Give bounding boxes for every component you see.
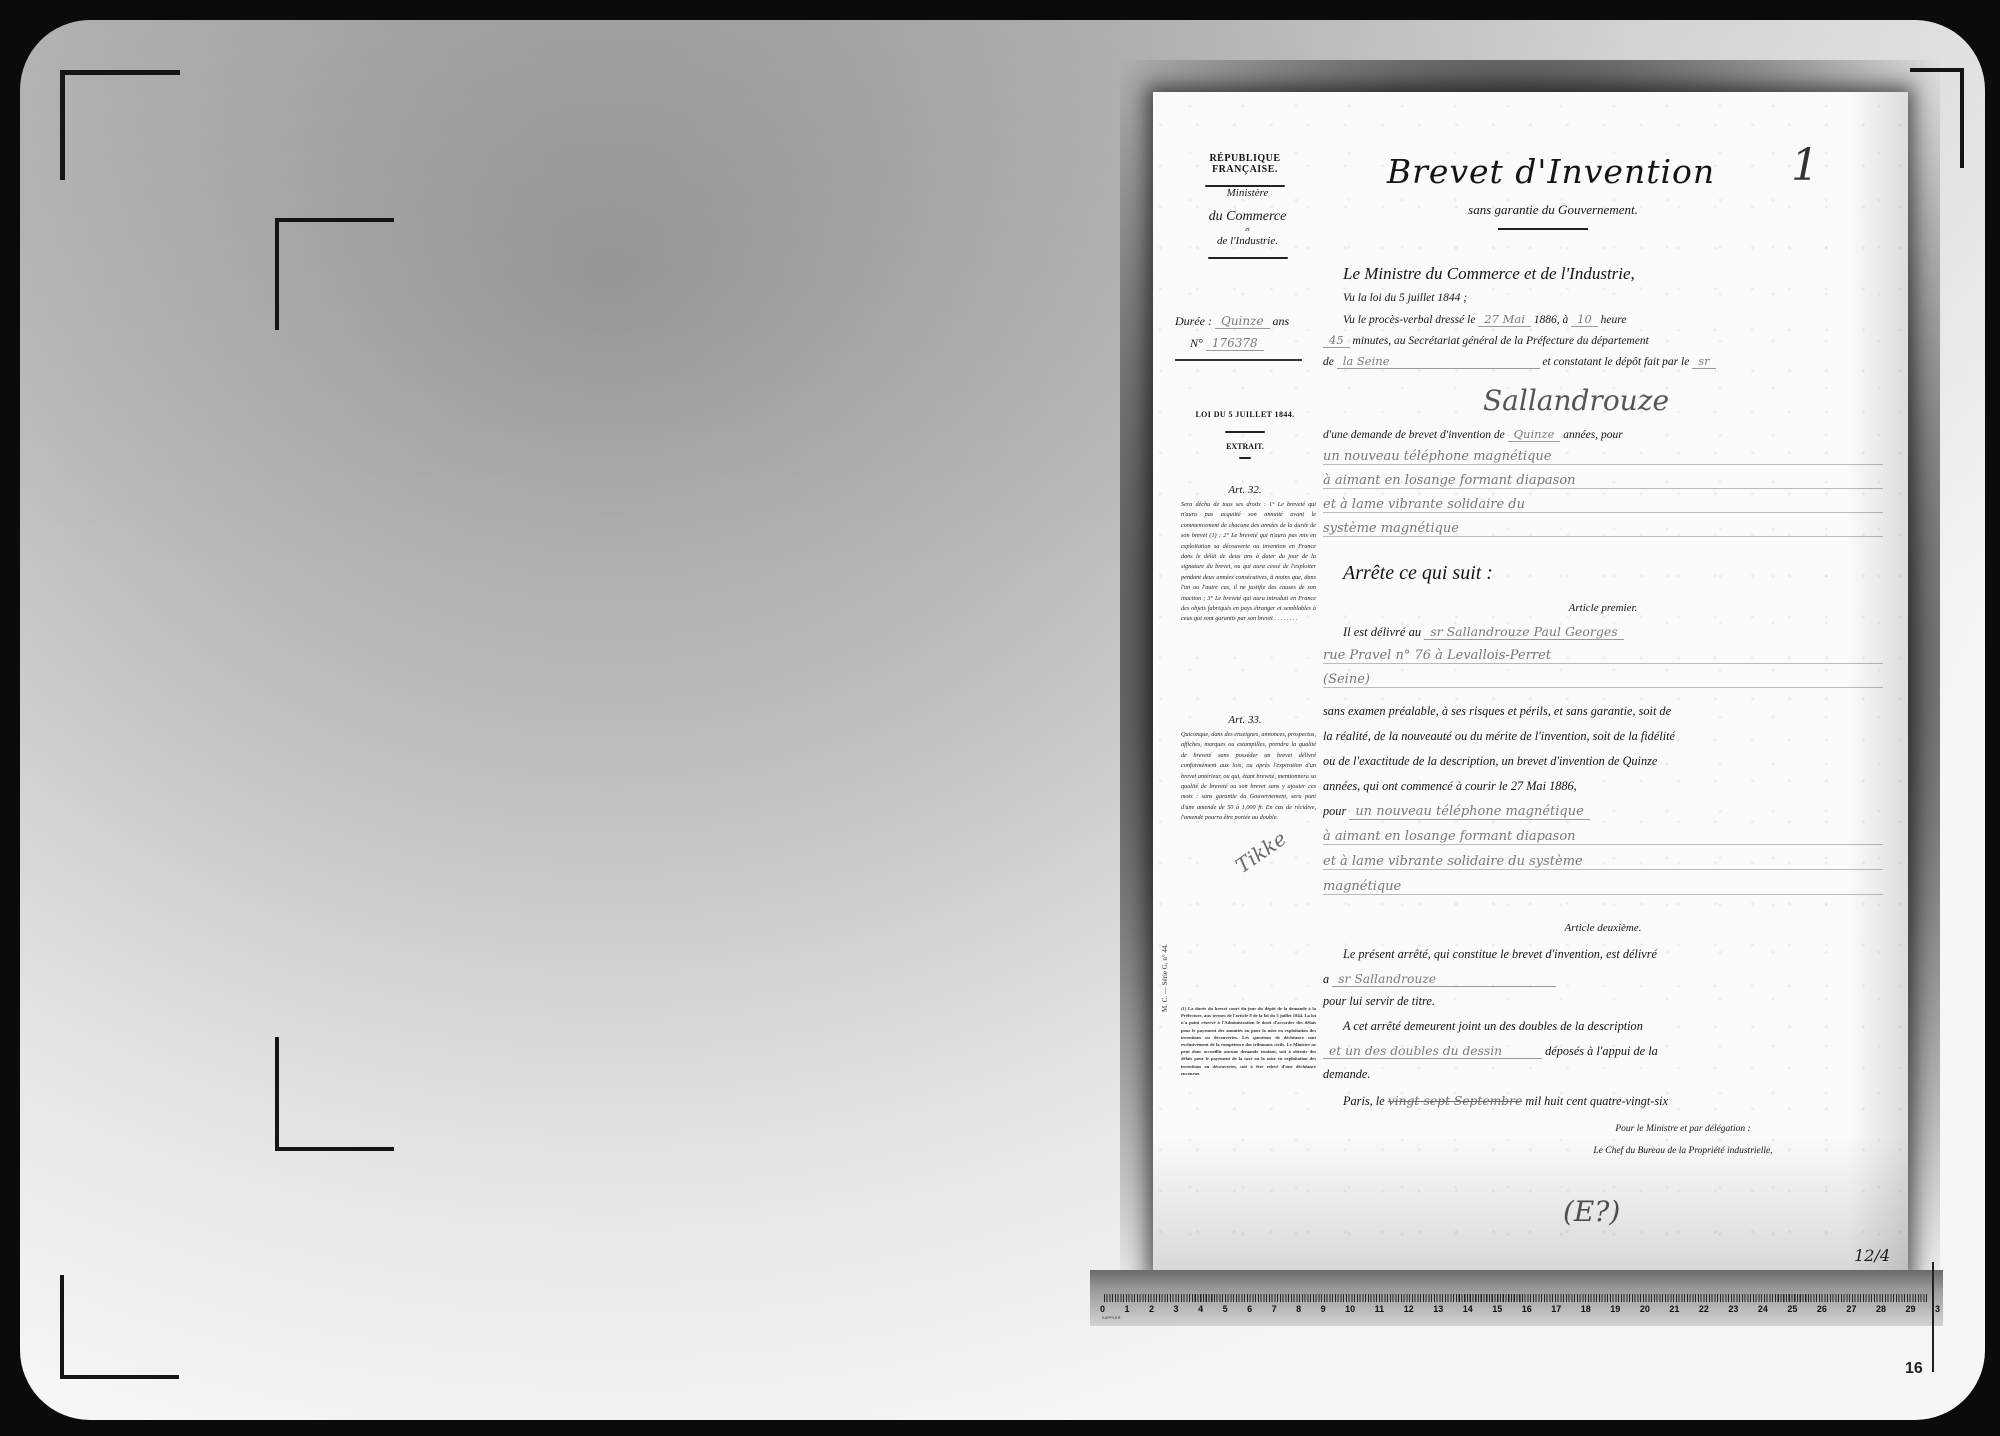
art33-text: Quiconque, dans des enseignes, annonces,… xyxy=(1181,730,1316,820)
folio-number: 1 xyxy=(1791,140,1819,191)
article-1-body: la réalité, de la nouveauté ou du mérite… xyxy=(1323,729,1883,744)
crop-mark-bottom-left-inner xyxy=(275,1037,394,1151)
arrete-heading: Arrête ce qui suit : xyxy=(1343,562,1493,585)
crop-mark-bottom-left-outer xyxy=(60,1275,179,1379)
ruler-number: 24 xyxy=(1758,1304,1768,1314)
ruler-number: 21 xyxy=(1669,1304,1679,1314)
art32-title: Art. 32. xyxy=(1180,484,1310,496)
duration-field: Durée : Quinze ans xyxy=(1175,314,1320,329)
ruler-number: 28 xyxy=(1876,1304,1886,1314)
document-subtitle: sans garantie du Gouvernement. xyxy=(1368,202,1738,218)
divider xyxy=(1175,359,1302,361)
law-title: LOI DU 5 JUILLET 1844. xyxy=(1180,410,1310,433)
ministry-line-2: du Commerce xyxy=(1180,209,1315,225)
ruler-number: 0 xyxy=(1100,1304,1105,1314)
ruler-number: 18 xyxy=(1581,1304,1591,1314)
document-title: Brevet d'Invention xyxy=(1361,152,1741,191)
invention-line: à aimant en losange formant diapason xyxy=(1323,473,1883,489)
crop-mark-top-left-inner xyxy=(275,218,394,330)
ministry-block: Ministère du Commerce et de l'Industrie. xyxy=(1180,187,1315,259)
ruler-number: 1 xyxy=(1125,1304,1130,1314)
duration-value: Quinze xyxy=(1215,314,1270,329)
ministry-line-4: de l'Industrie. xyxy=(1180,235,1315,247)
article-1-body: années, qui ont commencé à courir le 27 … xyxy=(1323,779,1883,794)
corner-note: 12/4 xyxy=(1854,1246,1890,1265)
chief-line: Le Chef du Bureau de la Propriété indust… xyxy=(1493,1146,1873,1156)
vu-proces-verbal: Vu le procès-verbal dressé le 27 Mai 188… xyxy=(1343,312,1903,326)
plate-rule xyxy=(1932,1262,1934,1372)
pour-line: à aimant en losange formant diapason xyxy=(1323,829,1883,845)
signature: (E?) xyxy=(1563,1195,1620,1228)
ruler-number: 15 xyxy=(1492,1304,1502,1314)
patent-number-value: 176378 xyxy=(1206,336,1264,351)
ruler-number: 11 xyxy=(1375,1304,1385,1314)
invention-line: système magnétique xyxy=(1323,521,1883,537)
ruler-number: 4 xyxy=(1198,1304,1203,1314)
ornament-rule xyxy=(1225,431,1265,433)
footnote: (1) La durée du brevet court du jour du … xyxy=(1181,1005,1316,1077)
ruler-number: 9 xyxy=(1321,1304,1326,1314)
minister-heading: Le Ministre du Commerce et de l'Industri… xyxy=(1343,264,1635,284)
ruler-number: 5 xyxy=(1223,1304,1228,1314)
ministry-line-1: Ministère xyxy=(1180,187,1315,199)
extract-label: EXTRAIT. xyxy=(1180,442,1310,459)
ruler-number: 27 xyxy=(1846,1304,1856,1314)
demande-line: d'une demande de brevet d'invention de Q… xyxy=(1323,427,1883,441)
ruler-number: 14 xyxy=(1463,1304,1473,1314)
article-2-line: Le présent arrêté, qui constitue le brev… xyxy=(1343,947,1903,962)
crop-mark-top-left-outer xyxy=(60,70,180,180)
paris-date-line: Paris, le vingt-sept Septembre mil huit … xyxy=(1343,1094,1903,1109)
ornament-rule xyxy=(1239,457,1251,459)
ruler-number: 6 xyxy=(1247,1304,1252,1314)
ruler-number: 29 xyxy=(1905,1304,1915,1314)
ruler-number: 20 xyxy=(1640,1304,1650,1314)
ruler-number: 22 xyxy=(1699,1304,1709,1314)
pour-line: magnétique xyxy=(1323,879,1883,895)
pour-line: et à lame vibrante solidaire du système xyxy=(1323,854,1883,870)
art32-text: Sera déchu de tous ses droits : 1° Le br… xyxy=(1181,500,1316,710)
paraph-signature: Tikke xyxy=(1231,826,1290,878)
margin-reference: M. C. — Série G, n° 44. xyxy=(1161,944,1169,1012)
ruler-number: 2 xyxy=(1149,1304,1154,1314)
ruler-number: 16 xyxy=(1522,1304,1532,1314)
invention-line: un nouveau téléphone magnétique xyxy=(1323,449,1883,465)
ruler-number: 8 xyxy=(1296,1304,1301,1314)
department-value: la Seine xyxy=(1337,354,1540,369)
department-line: de la Seine et constatant le dépôt fait … xyxy=(1323,354,1883,368)
pv-hour: 10 xyxy=(1571,312,1598,327)
delegation-line: Pour le Ministre et par délégation : xyxy=(1493,1124,1873,1134)
article-1-title: Article premier. xyxy=(1323,602,1883,614)
article-2-demande: demande. xyxy=(1323,1067,1883,1082)
article-2-title: Article deuxième. xyxy=(1323,922,1883,934)
ruler-number: 17 xyxy=(1551,1304,1561,1314)
article-2-joint2: et un des doubles du dessin déposés à l'… xyxy=(1323,1044,1883,1059)
delivre-line: Il est délivré au sr Sallandrouze Paul G… xyxy=(1343,624,1903,640)
art33-title: Art. 33. xyxy=(1180,714,1310,726)
vu-loi: Vu la loi du 5 juillet 1844 ; xyxy=(1343,292,1903,304)
ruler-number: 7 xyxy=(1272,1304,1277,1314)
ruler-ticks xyxy=(1104,1294,1929,1302)
ruler-number: 23 xyxy=(1728,1304,1738,1314)
pv-date: 27 Mai xyxy=(1478,312,1531,327)
ruler-number: 12 xyxy=(1404,1304,1414,1314)
ruler-number: 10 xyxy=(1345,1304,1355,1314)
ruler-number: 19 xyxy=(1610,1304,1620,1314)
ruler-number: 13 xyxy=(1433,1304,1443,1314)
ruler-number: 25 xyxy=(1787,1304,1797,1314)
invention-line: et à lame vibrante solidaire du xyxy=(1323,497,1883,513)
ruler-number: 3 xyxy=(1935,1304,1940,1314)
ruler-number: 3 xyxy=(1174,1304,1179,1314)
republic-header: RÉPUBLIQUE FRANÇAISE. xyxy=(1180,153,1310,187)
address-line: (Seine) xyxy=(1323,672,1883,688)
patent-number-field: N° 176378 xyxy=(1190,336,1264,351)
ornament-rule xyxy=(1208,257,1288,259)
article-1-body: ou de l'exactitude de la description, un… xyxy=(1323,754,1883,769)
ruler-number: 26 xyxy=(1817,1304,1827,1314)
pv-minutes-line: 45 minutes, au Secrétariat général de la… xyxy=(1323,333,1883,347)
plate-number: 16 xyxy=(1905,1360,1923,1378)
address-line: rue Pravel n° 76 à Levallois-Perret xyxy=(1323,648,1883,664)
applicant-name: Sallandrouze xyxy=(1483,384,1669,417)
ruler-maker-label: KAPPLER xyxy=(1102,1315,1120,1320)
article-2-a-line: a sr Sallandrouze xyxy=(1323,972,1883,987)
pour-line: pour un nouveau téléphone magnétique xyxy=(1323,804,1883,819)
article-1-body: sans examen préalable, à ses risques et … xyxy=(1323,704,1883,719)
title-rule xyxy=(1498,228,1588,230)
patent-document: RÉPUBLIQUE FRANÇAISE. Ministère du Comme… xyxy=(1153,92,1908,1275)
measurement-ruler: 0123456789101112131415161718192021222324… xyxy=(1090,1270,1943,1326)
article-2-pour: pour lui servir de titre. xyxy=(1323,994,1883,1009)
article-2-joint: A cet arrêté demeurent joint un des doub… xyxy=(1343,1019,1903,1034)
ministry-line-3: et xyxy=(1180,227,1315,233)
ruler-numbers: 0123456789101112131415161718192021222324… xyxy=(1100,1304,1940,1314)
